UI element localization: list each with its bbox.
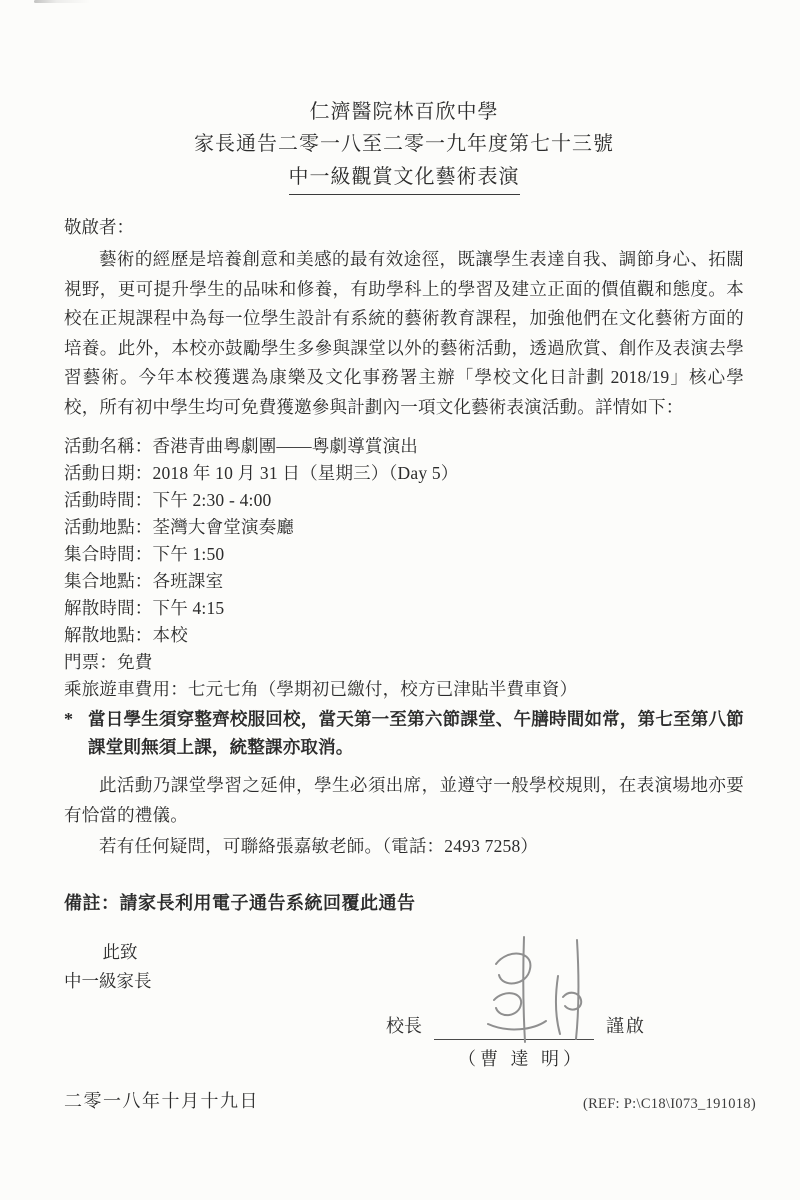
- detail-value: 下午 2:30 - 4:00: [153, 490, 272, 510]
- detail-row-dismissal-time: 解散時間：下午 4:15: [64, 595, 744, 622]
- detail-label: 活動名稱：: [64, 436, 153, 456]
- detail-value: 各班課室: [153, 571, 224, 591]
- signature-row: 校長 謹啟: [386, 1012, 716, 1040]
- detail-value: 荃灣大會堂演奏廳: [153, 517, 295, 537]
- closing-phrase: 此致: [103, 938, 745, 967]
- detail-row-coach-fee: 乘旅遊車費用：七元七角（學期初已繳付，校方已津貼半費車資）: [64, 676, 744, 703]
- detail-value: 下午 4:15: [153, 598, 225, 618]
- detail-value: 2018 年 10 月 31 日（星期三）（Day 5）: [153, 463, 459, 483]
- addressee: 中一級家長: [64, 967, 744, 996]
- enquiry-paragraph: 若有任何疑問，可聯絡張嘉敏老師。（電話：2493 7258）: [64, 832, 744, 862]
- detail-label: 集合地點：: [64, 571, 153, 591]
- activity-details-list: 活動名稱：香港青曲粵劇團——粵劇導賞演出 活動日期：2018 年 10 月 31…: [64, 433, 744, 703]
- detail-row-assembly-time: 集合時間：下午 1:50: [64, 541, 744, 568]
- respectfully-label: 謹啟: [606, 1012, 646, 1040]
- detail-value: 七元七角（學期初已繳付，校方已津貼半費車資）: [188, 679, 577, 699]
- detail-label: 解散時間：: [64, 598, 153, 618]
- file-reference: (REF: P:\C18\I073_191018): [583, 1096, 756, 1113]
- signature-line: [434, 1014, 594, 1040]
- scan-artifact: [34, 0, 90, 3]
- principal-name: （曹 達 明）: [458, 1045, 716, 1071]
- detail-row-activity-time: 活動時間：下午 2:30 - 4:00: [64, 487, 744, 514]
- detail-row-assembly-place: 集合地點：各班課室: [64, 568, 744, 595]
- detail-row-dismissal-place: 解散地點：本校: [64, 622, 744, 649]
- detail-value: 香港青曲粵劇團——粵劇導賞演出: [153, 436, 419, 456]
- intro-paragraph: 藝術的經歷是培養創意和美感的最有效途徑，既讓學生表達自我、調節身心、拓闊視野，更…: [64, 245, 744, 422]
- asterisk-marker: *: [64, 706, 88, 761]
- notice-header: 仁濟醫院林百欣中學 家長通告二零一八至二零一九年度第七十三號 中一級觀賞文化藝術…: [64, 96, 744, 195]
- notice-number: 家長通告二零一八至二零一九年度第七十三號: [64, 128, 744, 160]
- detail-label: 集合時間：: [64, 544, 153, 564]
- detail-label: 解散地點：: [64, 625, 153, 645]
- special-note-text: 當日學生須穿整齊校服回校，當天第一至第六節課堂、午膳時間如常，第七至第八節課堂則…: [88, 706, 744, 761]
- detail-value: 本校: [153, 625, 188, 645]
- conduct-paragraph: 此活動乃課堂學習之延伸，學生必須出席，並遵守一般學校規則，在表演場地亦要有恰當的…: [64, 771, 744, 830]
- principal-label: 校長: [386, 1012, 422, 1040]
- special-note: * 當日學生須穿整齊校服回校，當天第一至第六節課堂、午膳時間如常，第七至第八節課…: [64, 706, 744, 761]
- detail-label: 活動地點：: [64, 517, 153, 537]
- detail-label: 門票：: [64, 652, 117, 672]
- detail-row-ticket: 門票：免費: [64, 649, 744, 676]
- detail-row-activity-name: 活動名稱：香港青曲粵劇團——粵劇導賞演出: [64, 433, 744, 460]
- detail-label: 活動時間：: [64, 490, 153, 510]
- salutation: 敬啟者：: [64, 212, 744, 242]
- detail-row-activity-date: 活動日期：2018 年 10 月 31 日（星期三）（Day 5）: [64, 460, 744, 487]
- notice-page: 仁濟醫院林百欣中學 家長通告二零一八至二零一九年度第七十三號 中一級觀賞文化藝術…: [0, 0, 800, 1200]
- remark-note: 備註：請家長利用電子通告系統回覆此通告: [64, 889, 744, 917]
- detail-label: 乘旅遊車費用：: [64, 679, 188, 699]
- detail-label: 活動日期：: [64, 463, 153, 483]
- signature-area: 校長 謹啟 （曹 達 明）: [386, 1012, 716, 1071]
- detail-value: 免費: [117, 652, 152, 672]
- notice-subject: 中一級觀賞文化藝術表演: [289, 161, 520, 195]
- detail-row-activity-venue: 活動地點：荃灣大會堂演奏廳: [64, 514, 744, 541]
- detail-value: 下午 1:50: [153, 544, 225, 564]
- school-name: 仁濟醫院林百欣中學: [64, 96, 744, 128]
